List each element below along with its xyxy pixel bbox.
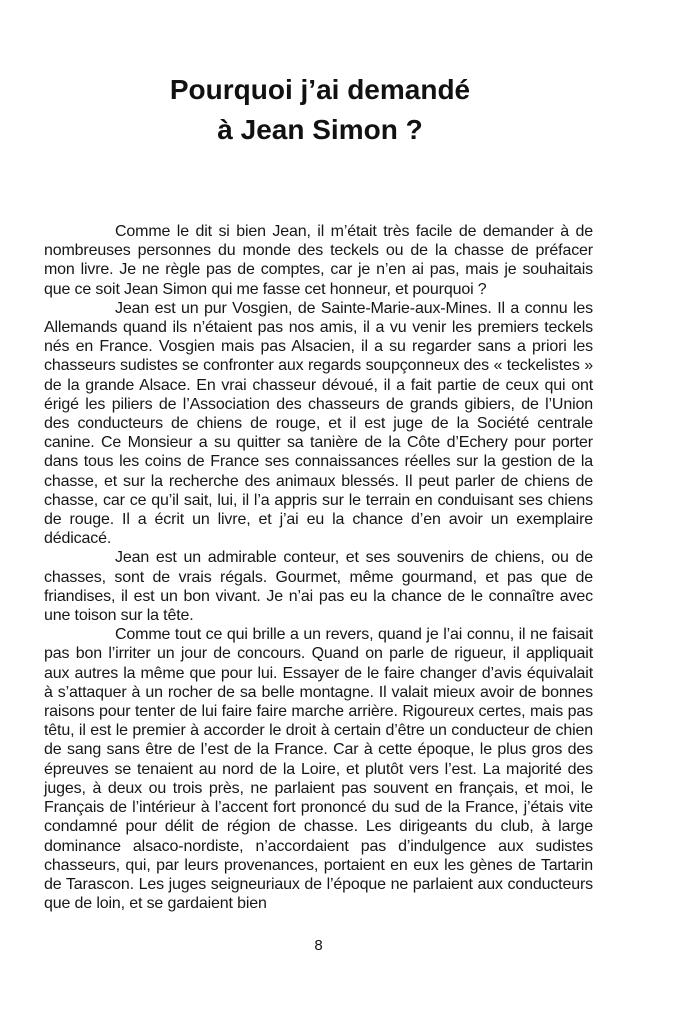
body-text: Comme le dit si bien Jean, il m’était tr… (44, 222, 593, 913)
paragraph-4: Comme tout ce qui brille a un revers, qu… (44, 625, 593, 913)
chapter-title-line2: à Jean Simon ? (217, 114, 422, 145)
paragraph-3: Jean est un admirable conteur, et ses so… (44, 548, 593, 625)
paragraph-1: Comme le dit si bien Jean, il m’était tr… (44, 222, 593, 299)
page-number: 8 (44, 937, 593, 954)
chapter-title-line1: Pourquoi j’ai demandé (170, 74, 470, 105)
chapter-title: Pourquoi j’ai demandé à Jean Simon ? (44, 70, 596, 150)
book-page: Pourquoi j’ai demandé à Jean Simon ? Com… (0, 0, 700, 1028)
paragraph-2: Jean est un pur Vosgien, de Sainte-Marie… (44, 299, 593, 549)
